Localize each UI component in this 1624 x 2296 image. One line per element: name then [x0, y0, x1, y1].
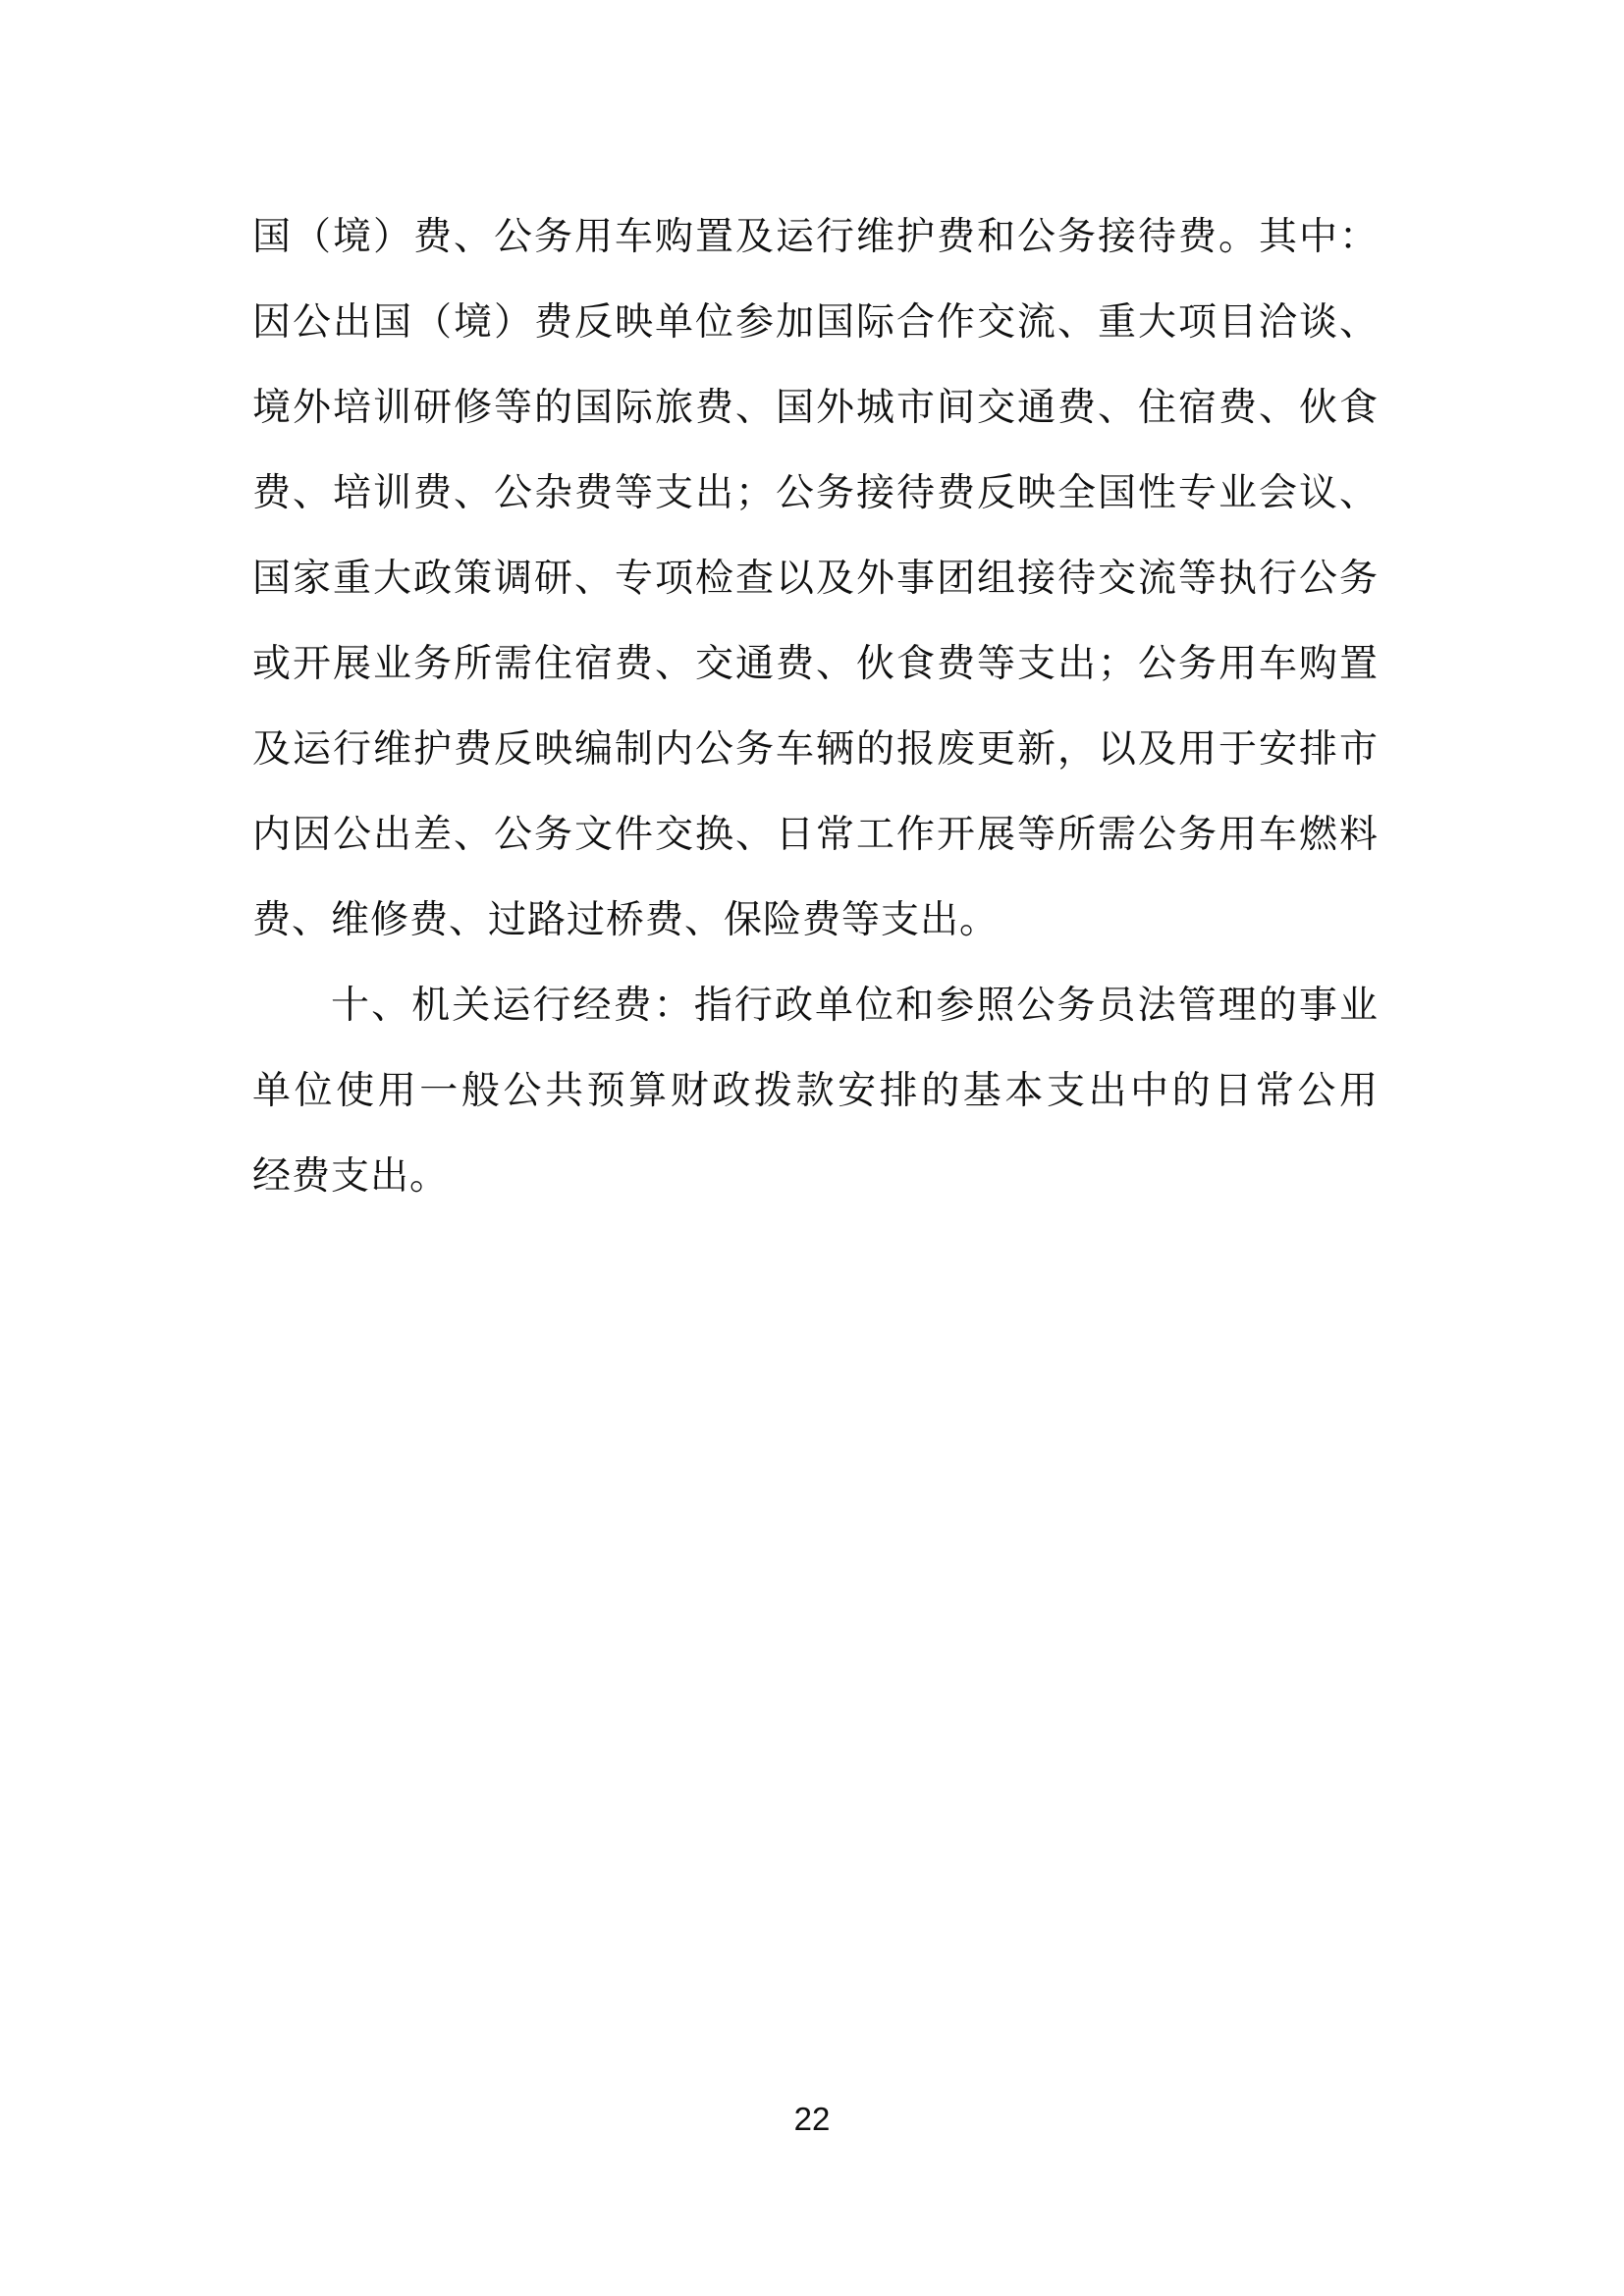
body-text: 国（境）费、公务用车购置及运行维护费和公务接待费。其中： 因公出国（境）费反映单…: [252, 194, 1378, 1219]
text-line-6: 或开展业务所需住宿费、交通费、伙食费等支出；公务用车购置: [252, 621, 1378, 707]
document-page: 国（境）费、公务用车购置及运行维护费和公务接待费。其中： 因公出国（境）费反映单…: [0, 0, 1624, 2296]
text-line-9: 费、维修费、过路过桥费、保险费等支出。: [252, 878, 1378, 963]
text-line-11: 单位使用一般公共预算财政拨款安排的基本支出中的日常公用: [252, 1048, 1378, 1134]
text-line-8: 内因公出差、公务文件交换、日常工作开展等所需公务用车燃料: [252, 792, 1378, 878]
text-line-1: 国（境）费、公务用车购置及运行维护费和公务接待费。其中：: [252, 194, 1378, 280]
text-line-5: 国家重大政策调研、专项检查以及外事团组接待交流等执行公务: [252, 536, 1378, 621]
text-line-7: 及运行维护费反映编制内公务车辆的报废更新，以及用于安排市: [252, 707, 1378, 792]
text-line-12: 经费支出。: [252, 1134, 1378, 1219]
text-line-3: 境外培训研修等的国际旅费、国外城市间交通费、住宿费、伙食: [252, 365, 1378, 451]
page-number: 22: [0, 2103, 1624, 2135]
text-line-4: 费、培训费、公杂费等支出；公务接待费反映全国性专业会议、: [252, 451, 1378, 536]
text-line-10: 十、机关运行经费：指行政单位和参照公务员法管理的事业: [252, 963, 1378, 1048]
text-line-2: 因公出国（境）费反映单位参加国际合作交流、重大项目洽谈、: [252, 280, 1378, 365]
